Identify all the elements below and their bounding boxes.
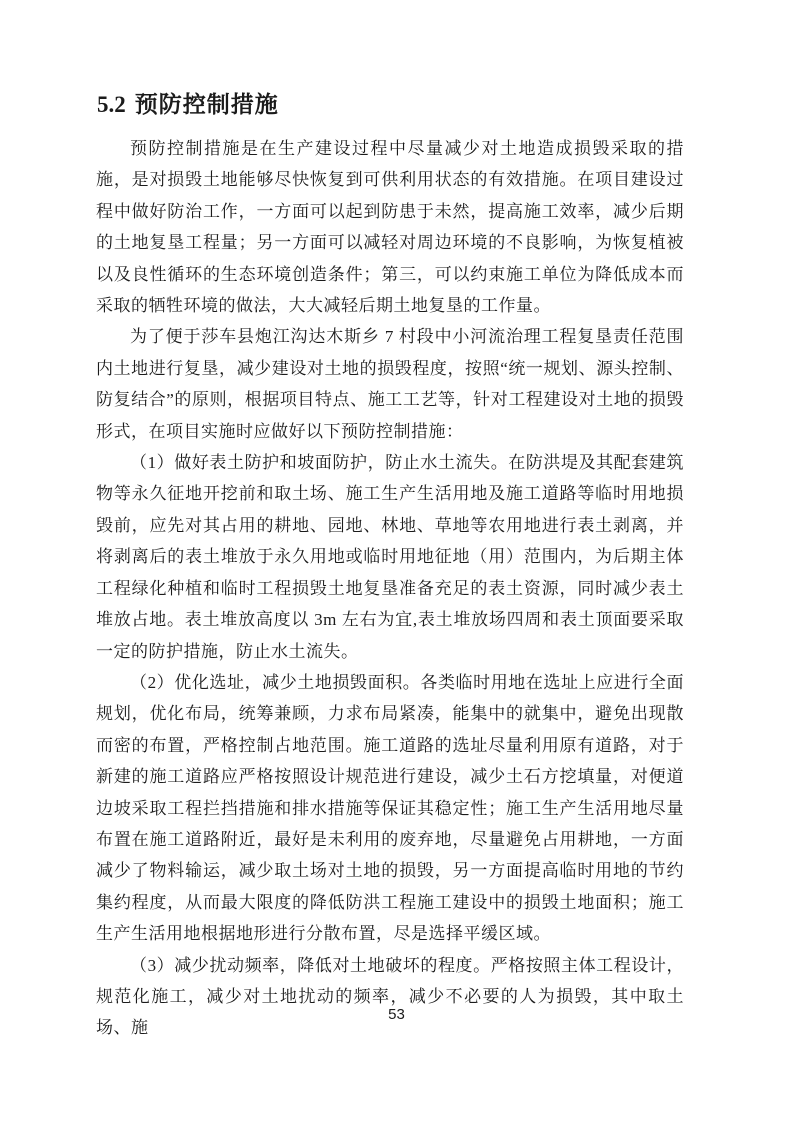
document-body: 预防控制措施是在生产建设过程中尽量减少对土地造成损毁采取的措施，是对损毁土地能够…: [96, 133, 684, 1044]
paragraph-measure-3: （3）减少扰动频率，降低对土地破坏的程度。严格按照主体工程设计，规范化施工，减少…: [96, 950, 684, 1044]
section-heading: 5.2预防控制措施: [97, 88, 279, 121]
paragraph-principles: 为了便于莎车县炮江沟达木斯乡 7 村段中小河流治理工程复垦责任范围内土地进行复垦…: [96, 321, 684, 447]
section-title: 预防控制措施: [135, 91, 279, 117]
document-page: 5.2预防控制措施 预防控制措施是在生产建设过程中尽量减少对土地造成损毁采取的措…: [0, 0, 793, 1122]
page-number: 53: [0, 1005, 793, 1025]
paragraph-measure-2: （2）优化选址，减少土地损毁面积。各类临时用地在选址上应进行全面规划，优化布局，…: [96, 667, 684, 950]
section-number: 5.2: [97, 92, 126, 117]
paragraph-intro: 预防控制措施是在生产建设过程中尽量减少对土地造成损毁采取的措施，是对损毁土地能够…: [96, 133, 684, 321]
paragraph-measure-1: （1）做好表土防护和坡面防护，防止水土流失。在防洪堤及其配套建筑物等永久征地开挖…: [96, 447, 684, 667]
